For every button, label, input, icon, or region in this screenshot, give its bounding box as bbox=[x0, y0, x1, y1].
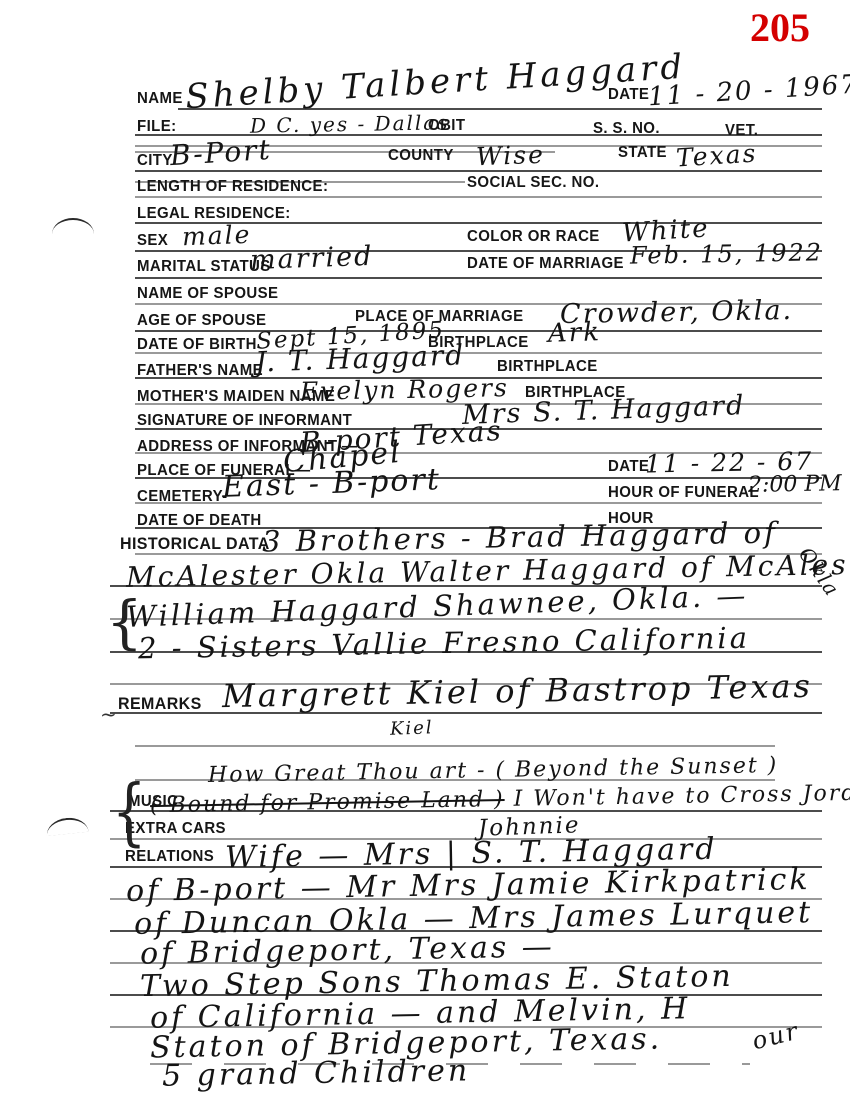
field-label-funeral-date: DATE bbox=[608, 458, 649, 476]
page-number: 205 bbox=[740, 4, 820, 51]
handwritten-fathers-name: J. T. Haggard bbox=[254, 338, 465, 378]
handwritten-state: Texas bbox=[675, 139, 758, 173]
handwritten-birthplace: Ark bbox=[547, 317, 601, 349]
handwritten-remarks: Margrett Kiel of Bastrop Texas bbox=[222, 667, 814, 715]
handwritten-relations-line: 5 grand Children bbox=[162, 1053, 471, 1093]
field-label-vet: VET. bbox=[725, 122, 758, 140]
rule-line bbox=[110, 712, 822, 714]
field-label-name: NAME bbox=[137, 90, 183, 108]
funeral-record-card: 205 NAME DATE FILE: OBIT S. S. NO. VET. … bbox=[0, 0, 850, 1100]
margin-caret-mark bbox=[45, 816, 88, 836]
field-label-color-or-race: COLOR OR RACE bbox=[467, 228, 600, 246]
handwritten-date-of-marriage: Feb. 15, 1922 bbox=[630, 238, 824, 269]
handwritten-file: D C. yes - Dallas bbox=[250, 110, 450, 137]
field-label-state: STATE bbox=[618, 144, 667, 162]
field-label-date-of-death: DATE OF DEATH bbox=[137, 512, 262, 530]
field-label-legal-residence: LEGAL RESIDENCE: bbox=[137, 205, 291, 223]
field-label-county: COUNTY bbox=[388, 147, 454, 165]
rule-line bbox=[135, 745, 775, 747]
field-label-historical-data: HISTORICAL DATA bbox=[120, 536, 270, 555]
handwritten-remarks-correction: Kiel bbox=[390, 717, 434, 740]
field-label-date-of-marriage: DATE OF MARRIAGE bbox=[467, 255, 624, 273]
handwritten-end-mark: our bbox=[749, 1017, 802, 1056]
field-label-hour-of-funeral: HOUR OF FUNERAL bbox=[608, 484, 759, 502]
rule-line bbox=[135, 277, 822, 279]
field-label-fathers-birthplace: BIRTHPLACE bbox=[497, 358, 598, 376]
handwritten-hour-of-funeral: 2:00 PM bbox=[748, 471, 842, 498]
handwritten-music-struck-phrase: ( Bound for Promise Land ) bbox=[150, 787, 505, 818]
handwritten-name: Shelby Talbert Haggard bbox=[184, 47, 687, 118]
margin-tilde-mark: ~ bbox=[100, 702, 117, 726]
field-label-length-of-residence: LENGTH OF RESIDENCE: bbox=[137, 178, 328, 196]
field-label-cemetery: CEMETERY- bbox=[137, 488, 228, 506]
handwritten-city: B-Port bbox=[169, 133, 273, 172]
margin-caret-mark bbox=[52, 218, 94, 234]
handwritten-sex: male bbox=[182, 220, 252, 251]
field-label-sex: SEX bbox=[137, 232, 168, 250]
rule-line bbox=[135, 196, 822, 198]
field-label-social-sec-no: SOCIAL SEC. NO. bbox=[467, 174, 599, 192]
field-label-city: CITY bbox=[137, 152, 173, 170]
field-label-fathers-name: FATHER'S NAME bbox=[137, 362, 263, 380]
field-label-file: FILE: bbox=[137, 118, 177, 136]
margin-brace-mark: { bbox=[106, 588, 143, 656]
rule-line bbox=[135, 330, 822, 332]
handwritten-cemetery: East - B-port bbox=[221, 462, 441, 505]
handwritten-marital-status: married bbox=[249, 241, 373, 276]
field-label-name-of-spouse: NAME OF SPOUSE bbox=[137, 285, 278, 303]
handwritten-music-phrase: I Won't have to Cross Jordan alone bbox=[504, 779, 850, 812]
field-label-age-of-spouse: AGE OF SPOUSE bbox=[137, 312, 266, 330]
field-label-date-of-birth: DATE OF BIRTH bbox=[137, 336, 257, 354]
margin-brace-mark: { bbox=[112, 769, 146, 854]
handwritten-county: Wise bbox=[476, 140, 546, 171]
field-label-remarks: REMARKS bbox=[118, 696, 202, 715]
field-label-ssno: S. S. NO. bbox=[593, 120, 660, 138]
